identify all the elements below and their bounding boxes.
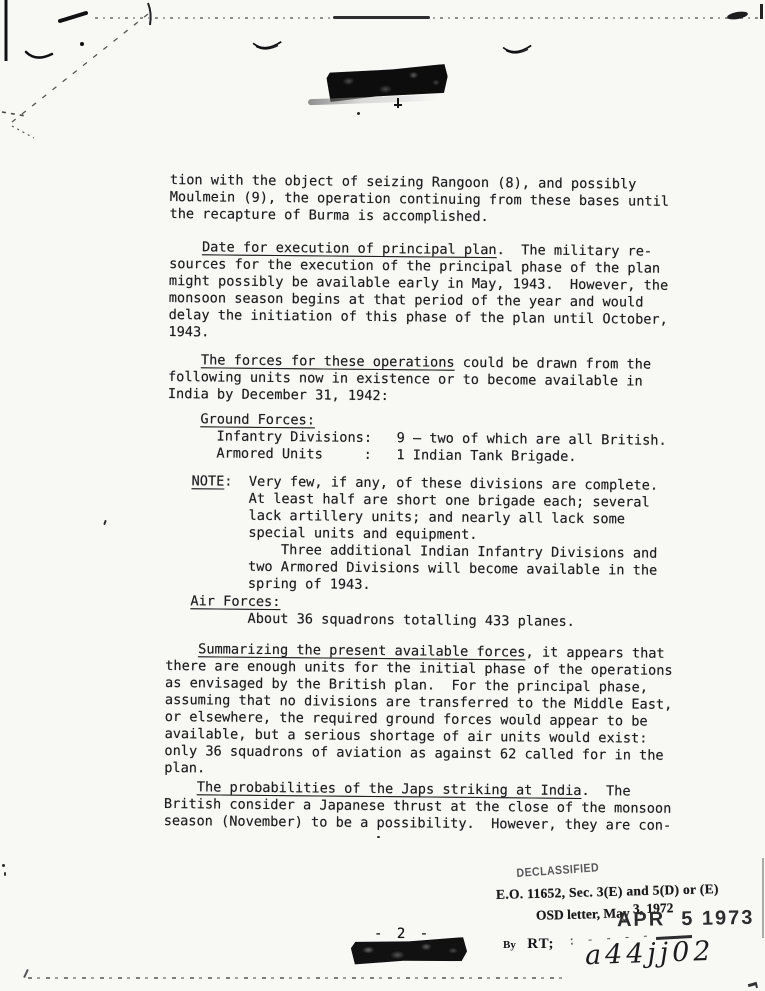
scanned-document-page: tion with the object of seizing Rangoon … — [0, 0, 765, 991]
stamp-ink-smudge — [308, 95, 438, 106]
ink-speck — [2, 864, 5, 867]
bottom-scan-line — [28, 977, 568, 979]
document-body: tion with the object of seizing Rangoon … — [163, 172, 710, 857]
ink-speck — [357, 112, 360, 115]
paragraph-probabilities: The probabilities of the Japs striking a… — [164, 779, 672, 835]
by-label: By — [503, 939, 516, 951]
doc-line: season (November) to be a possibility. H… — [164, 813, 672, 835]
paragraph-continuation: tion with the object of seizing Rangoon … — [170, 172, 670, 228]
paragraph-execution-date: Date for execution of principal plan. Th… — [168, 239, 668, 346]
top-right-edge-mark — [760, 4, 763, 19]
ink-speck — [103, 520, 107, 525]
osd-letter-text: OSD letter, May — [536, 905, 630, 922]
handwritten-code: a44jj02 — [584, 936, 715, 972]
top-dark-dash — [333, 16, 430, 19]
ink-speck — [4, 872, 6, 876]
by-line: By RT; — [503, 935, 555, 953]
corner-fold-marks — [0, 0, 190, 150]
by-initials: RT; — [527, 936, 554, 952]
paragraph-ground-forces: Ground Forces: Infantry Divisions: 9 — t… — [167, 411, 667, 467]
paragraph-note: NOTE: Very few, if any, of these divisio… — [166, 473, 658, 597]
bottom-right-edge-mark — [748, 982, 757, 987]
paragraph-air-forces: Air Forces: About 36 squadrons totalling… — [166, 593, 576, 631]
ink-speck — [377, 836, 380, 838]
page-number: - 2 - — [374, 926, 431, 942]
doc-line: About 36 squadrons totalling 433 planes. — [166, 610, 575, 631]
small-cross-mark — [397, 98, 399, 108]
executive-order-line: E.O. 11652, Sec. 3(E) and 5(D) or (E) — [496, 881, 719, 903]
paragraph-forces: The forces for these operations could be… — [168, 352, 651, 408]
pen-squiggle-mark — [500, 41, 535, 58]
top-right-smudge — [727, 10, 749, 21]
declassified-stamp: DECLASSIFIED — [516, 860, 600, 880]
stamp-day-year: 5 1973 — [681, 907, 755, 930]
pen-squiggle-mark — [250, 37, 285, 55]
paragraph-summary: Summarizing the present available forces… — [164, 641, 673, 782]
page-edge-shadow — [762, 858, 764, 938]
